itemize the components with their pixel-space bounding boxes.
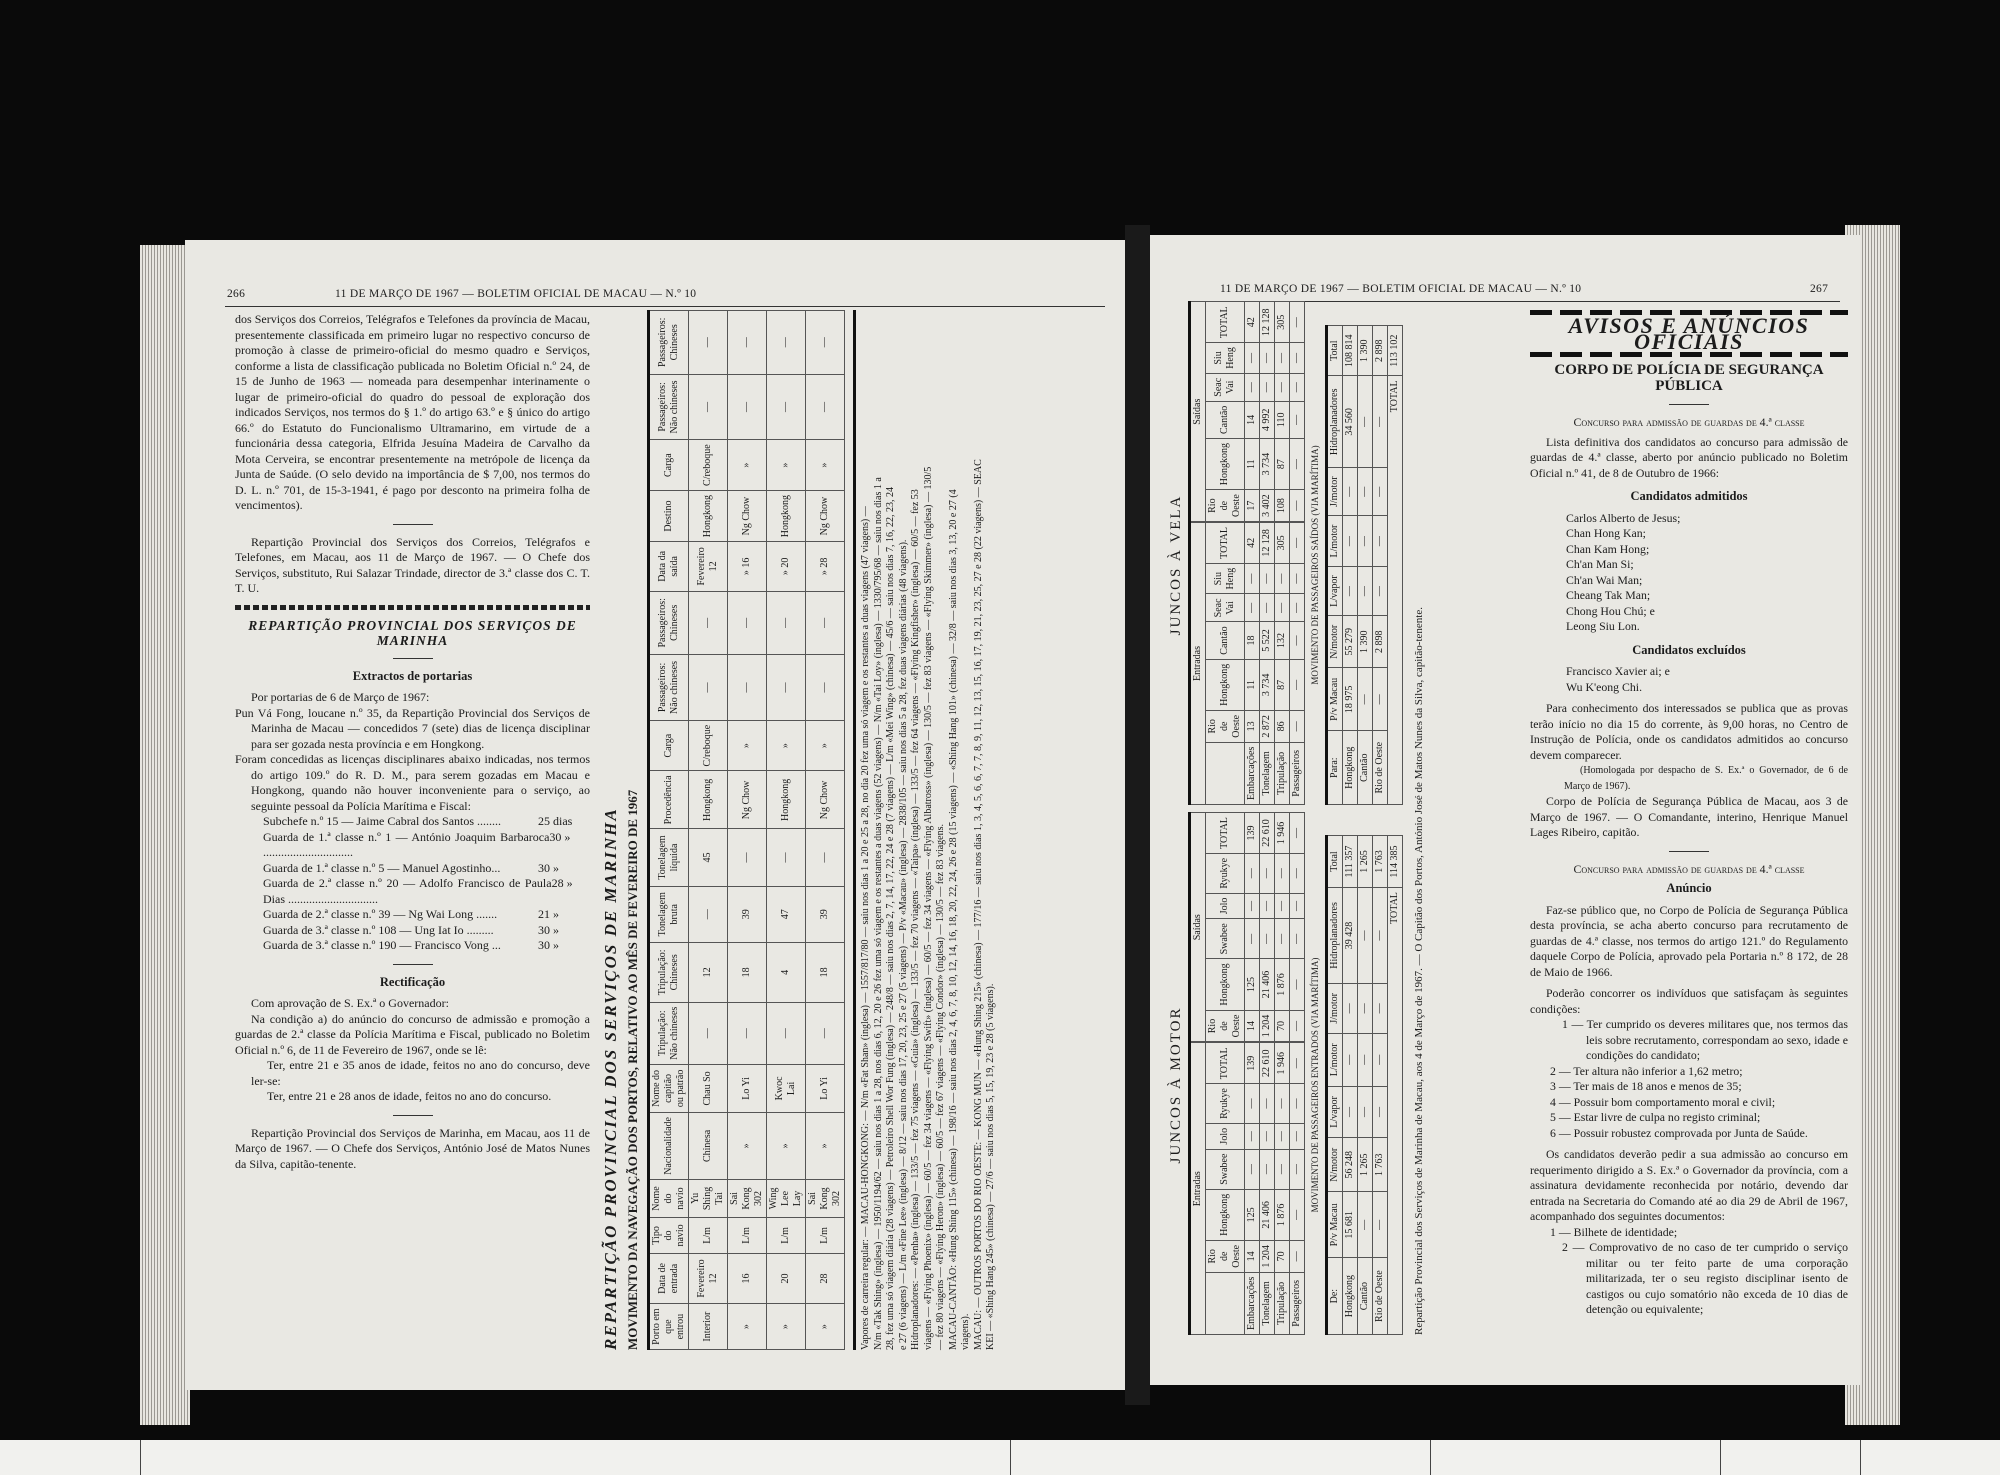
col-header: Seac Vai <box>1206 373 1245 401</box>
cell: — <box>806 1002 845 1064</box>
cell: 2 872 <box>1260 710 1275 742</box>
col-header: Hidroplanadores <box>1327 888 1343 984</box>
col-header: J/motor <box>1327 983 1343 1033</box>
cell: 15 681 <box>1343 1192 1358 1258</box>
row-label: Cantão <box>1358 731 1373 805</box>
cell: — <box>1275 853 1290 893</box>
cell: — <box>1245 594 1260 622</box>
running-head-right: 11 DE MARÇO DE 1967 — BOLETIM OFICIAL DE… <box>1220 283 1581 295</box>
cell: — <box>1343 468 1358 516</box>
cell: 1 763 <box>1373 1138 1388 1192</box>
strip-tick <box>1720 1440 1721 1475</box>
cell: Ng Chow <box>806 490 845 541</box>
condicao-item: 2 — Ter altura não inferior a 1,62 metro… <box>1550 1064 1848 1080</box>
cell: » <box>806 1113 845 1180</box>
row-label: Rio de Oeste <box>1373 731 1388 805</box>
cell: 28 <box>806 1253 845 1304</box>
table-row: 701 876———1 946 <box>1275 813 1290 1042</box>
col-header: TOTAL <box>1206 1043 1245 1084</box>
cell: 1 265 <box>1358 1138 1373 1192</box>
cell: — <box>1358 1192 1373 1258</box>
cell: — <box>728 374 767 440</box>
excluidos-heading: Candidatos excluídos <box>1530 643 1848 659</box>
cell: 20 <box>767 1253 806 1304</box>
cell: — <box>1373 1086 1388 1137</box>
cell: — <box>1290 401 1305 438</box>
cell: — <box>1275 563 1290 594</box>
cell: 56 248 <box>1343 1138 1358 1192</box>
right-text-column: AVISOS E ANÚNCIOS OFICIAIS CORPO DE POLÍ… <box>1530 307 1848 1318</box>
cell: 1 204 <box>1260 1010 1275 1042</box>
provas-paragraph: Para conhecimento dos interessados se pu… <box>1530 701 1848 763</box>
cell: 3 402 <box>1260 490 1275 522</box>
note-line: MACAU: — OUTROS PORTOS DO RIO OESTE: — K… <box>973 310 986 1350</box>
condicao-item: 3 — Ter mais de 18 anos e menos de 35; <box>1550 1079 1848 1095</box>
cell: Interior <box>689 1304 728 1350</box>
cell: — <box>1290 622 1305 659</box>
table-row: InteriorFevereiro 12L/mYu Shing TaiChine… <box>689 311 728 1350</box>
cell: — <box>1275 343 1290 374</box>
cell: — <box>806 655 845 721</box>
total-value: 113 102 <box>1388 326 1403 376</box>
strip-tick <box>1010 1440 1011 1475</box>
col-header: Jolo <box>1206 1123 1245 1149</box>
condicao-item: 4 — Possuir bom comportamento moral e ci… <box>1550 1095 1848 1111</box>
cell: — <box>1290 302 1305 343</box>
table-row: Rio de Oeste—2 898————2 898 <box>1373 326 1388 805</box>
total-row: TOTAL113 102 <box>1388 326 1403 805</box>
col-header: Rio de Oeste <box>1206 1240 1245 1272</box>
cell: — <box>1373 566 1388 615</box>
juncos-vela-block: JUNCOS À VELA Entradas Rio de OesteHongk… <box>1170 325 1403 805</box>
cell: Ng Chow <box>806 771 845 829</box>
col-header: Ryukye <box>1206 853 1245 893</box>
documentos-list: 1 — Bilhete de identidade; 2 — Comprovat… <box>1530 1225 1848 1318</box>
left-text-column: dos Serviços dos Correios, Telégrafos e … <box>235 312 590 1172</box>
condicoes-list: 1 — Ter cumprido os deveres militares qu… <box>1530 1017 1848 1141</box>
portarias-date: Por portarias de 6 de Março de 1967: <box>235 690 590 706</box>
cell: Wing Lee Lay <box>767 1179 806 1217</box>
table-row: Tripulação8687132——305 <box>1275 523 1290 805</box>
candidate-name: Chan Hong Kan; <box>1566 526 1848 542</box>
licenca-days: 30 » <box>538 923 590 939</box>
cell: — <box>767 655 806 721</box>
col-header: Rio de Oeste <box>1206 1010 1245 1042</box>
cell: 42 <box>1245 302 1260 343</box>
separator <box>393 964 433 965</box>
juncos-motor-label: JUNCOS À MOTOR <box>1170 835 1182 1335</box>
col-header: Passageiros: Não chineses <box>649 655 689 721</box>
cell: 17 <box>1245 490 1260 522</box>
concurso-heading: Concurso para admissão de guardas de 4.ª… <box>1530 415 1848 431</box>
anuncio-paragraph: Faz-se público que, no Corpo de Polícia … <box>1530 903 1848 981</box>
table-row: »28L/mSai Kong 302»Lo Yi—1839—Ng Chow»——… <box>806 311 845 1350</box>
table-row: Hongkong15 68156 248———39 428111 357 <box>1343 836 1358 1335</box>
cell: » <box>767 1304 806 1350</box>
to-label: Para: <box>1327 731 1343 805</box>
col-header: Jolo <box>1206 893 1245 919</box>
candidate-name: Carlos Alberto de Jesus; <box>1566 511 1848 527</box>
cell: — <box>1245 373 1260 401</box>
cell: — <box>1290 563 1305 594</box>
cell: 1 946 <box>1275 813 1290 854</box>
cell: — <box>1275 1123 1290 1149</box>
capitania-signature: Repartição Provincial dos Serviços de Ma… <box>1413 315 1425 1335</box>
cell: » <box>728 1304 767 1350</box>
cell: — <box>1358 983 1373 1033</box>
cell: Chau So <box>689 1064 728 1112</box>
total-label: TOTAL <box>1388 376 1403 805</box>
cell: — <box>1245 1149 1260 1189</box>
vela-passengers-table: Para:P/v MacauN/motorL/vaporL/motorJ/mot… <box>1325 325 1403 805</box>
col-header: Porto em que entrou <box>649 1304 689 1350</box>
cell: » <box>767 720 806 771</box>
cell: — <box>1275 1149 1290 1189</box>
cell: — <box>1373 468 1388 516</box>
cell: » <box>806 440 845 491</box>
requerimento-paragraph: Os candidatos deverão pedir a sua admiss… <box>1530 1147 1848 1225</box>
cell: — <box>806 591 845 655</box>
licencas-list: Subchefe n.º 15 — Jaime Cabral dos Santo… <box>235 814 590 954</box>
ctt-signature: Repartição Provincial dos Serviços dos C… <box>235 535 590 597</box>
cell: Sai Kong 302 <box>728 1179 767 1217</box>
condicoes-intro: Poderão concorrer os indivíduos que sati… <box>1530 986 1848 1017</box>
open-bulletin-book: 266 11 DE MARÇO DE 1967 — BOLETIM OFICIA… <box>140 215 1900 1400</box>
col-header: Data da saída <box>649 542 689 591</box>
cell: — <box>1260 919 1275 959</box>
cell: Yu Shing Tai <box>689 1179 728 1217</box>
table-row: 14125———139 <box>1245 813 1260 1042</box>
cell: — <box>1290 490 1305 522</box>
cell: — <box>728 1002 767 1064</box>
licenca-row: Guarda de 3.ª classe n.º 108 — Ung Iat I… <box>235 923 590 939</box>
candidate-name: Cheang Tak Man; <box>1566 588 1848 604</box>
cell: — <box>767 829 806 886</box>
cell: 1 265 <box>1358 836 1373 888</box>
col-header: Rio de Oeste <box>1206 710 1245 742</box>
licenca-days: 30 » <box>549 830 590 861</box>
cell: 21 406 <box>1260 1189 1275 1240</box>
nav-notes: Vapores de carreira regular: — MACAU-HON… <box>853 310 998 1350</box>
col-header: L/motor <box>1327 516 1343 567</box>
col-header: Hidroplanadores <box>1327 376 1343 468</box>
note-line: MACAU-CANTÃO: «Hung Shing 115» (chinesa)… <box>948 310 961 1350</box>
licenca-days: 21 » <box>538 907 590 923</box>
table-row: 171114——42 <box>1245 302 1260 522</box>
cell: — <box>1290 343 1305 374</box>
table-row: 3 4023 7344 992——12 128 <box>1260 302 1275 522</box>
col-header: Tripulação: Chineses <box>649 942 689 1002</box>
separator <box>1669 851 1709 852</box>
cell: Chinesa <box>689 1113 728 1180</box>
cell: — <box>1260 343 1275 374</box>
foram-concedidas: Foram concedidas as licenças disciplinar… <box>235 752 590 814</box>
cell: — <box>1275 1084 1290 1124</box>
note-line: viagens). <box>960 310 973 1350</box>
col-header: Total <box>1327 326 1343 376</box>
cell: Sai Kong 302 <box>806 1179 845 1217</box>
cell: » <box>728 440 767 491</box>
cell: » <box>806 720 845 771</box>
separator <box>393 658 433 659</box>
cell: Hongkong <box>689 490 728 541</box>
documento-item: 2 — Comprovativo de no caso de ter cumpr… <box>1550 1240 1848 1318</box>
rect-aprovacao: Com aprovação de S. Ex.ª o Governador: <box>235 996 590 1012</box>
cell: — <box>1275 594 1290 622</box>
admitidos-heading: Candidatos admitidos <box>1530 489 1848 505</box>
cell: Kwoc Lai <box>767 1064 806 1112</box>
cell: 11 <box>1245 439 1260 490</box>
cell: » 28 <box>806 542 845 591</box>
cell: 305 <box>1275 523 1290 564</box>
homologada-note: (Homologada por despacho de S. Ex.ª o Go… <box>1530 763 1848 794</box>
licenca-who: Guarda de 3.ª classe n.º 108 — Ung Iat I… <box>263 923 494 939</box>
row-label: Cantão <box>1358 1258 1373 1335</box>
licenca-row: Guarda de 1.ª classe n.º 5 — Manuel Agos… <box>235 861 590 877</box>
from-label: De: <box>1327 1258 1343 1335</box>
cell: Hongkong <box>689 771 728 829</box>
col-header: TOTAL <box>1206 523 1245 564</box>
cell: — <box>1290 1010 1305 1042</box>
table-row: Embarcações131118——42 <box>1245 523 1260 805</box>
cell: 111 357 <box>1343 836 1358 888</box>
blank-header <box>1206 1272 1245 1334</box>
saidas-label: Saídas <box>1190 302 1206 522</box>
cell: — <box>767 374 806 440</box>
rect-onde-le: Ter, entre 21 e 35 anos de idade, feitos… <box>235 1058 590 1089</box>
cell: — <box>1245 1084 1260 1124</box>
col-header: Hongkong <box>1206 439 1245 490</box>
cell: 18 975 <box>1343 668 1358 731</box>
juncos-vela-label: JUNCOS À VELA <box>1170 325 1182 805</box>
licenca-who: Guarda de 1.ª classe n.º 1 — António Joa… <box>263 830 549 861</box>
cell: 18 <box>806 942 845 1002</box>
running-head-left: 11 DE MARÇO DE 1967 — BOLETIM OFICIAL DE… <box>335 288 696 300</box>
cell: 22 610 <box>1260 813 1275 854</box>
cell: 39 <box>806 886 845 942</box>
cell: Hongkong <box>767 490 806 541</box>
cell: — <box>728 591 767 655</box>
cell: — <box>1290 893 1305 919</box>
total-row: TOTAL114 385 <box>1388 836 1403 1335</box>
anuncio-heading: Anúncio <box>1530 881 1848 897</box>
cell: Ng Chow <box>728 771 767 829</box>
nav-table-subtitle: MOVIMENTO DA NAVEGAÇÃO DOS PORTOS, RELAT… <box>627 310 639 1350</box>
cell: — <box>1290 523 1305 564</box>
cell: — <box>1343 566 1358 615</box>
cell: Fevereiro 12 <box>689 1253 728 1304</box>
cell: 86 <box>1275 710 1290 742</box>
row-label: Tonelagem <box>1260 1272 1275 1334</box>
cell: — <box>1290 1149 1305 1189</box>
cell: — <box>1343 516 1358 567</box>
row-label: Passageiros <box>1290 1272 1305 1334</box>
cell: — <box>689 591 728 655</box>
vela-passengers-title: MOVIMENTO DE PASSAGEIROS SAÍDOS (VIA MAR… <box>1309 325 1321 805</box>
left-page-edges <box>140 245 190 1425</box>
table-row: Embarcações14125———139 <box>1245 1043 1260 1335</box>
table-row: 10887110——305 <box>1275 302 1290 522</box>
cell: 1 876 <box>1275 959 1290 1010</box>
row-label: Tripulação <box>1275 742 1290 804</box>
table-row: Tripulação701 876———1 946 <box>1275 1043 1290 1335</box>
cell: — <box>1290 659 1305 710</box>
cell: — <box>1275 373 1290 401</box>
page-266: 266 11 DE MARÇO DE 1967 — BOLETIM OFICIA… <box>185 240 1135 1390</box>
note-line: e 27 (6 viagens) — L/m «Fine Lee» (ingle… <box>898 310 911 1350</box>
licenca-days: 28 » <box>552 876 590 907</box>
col-header: L/motor <box>1327 1033 1343 1086</box>
corpo-signature: Corpo de Polícia de Segurança Pública de… <box>1530 794 1848 841</box>
cell: Ng Chow <box>728 490 767 541</box>
cell: 4 992 <box>1260 401 1275 438</box>
cell: — <box>1290 373 1305 401</box>
cell: — <box>1358 668 1373 731</box>
cell: — <box>1245 1123 1260 1149</box>
cell: — <box>1358 468 1373 516</box>
cell: Lo Yi <box>728 1064 767 1112</box>
cell: — <box>1373 516 1388 567</box>
col-header: P/v Macau <box>1327 1192 1343 1258</box>
row-label: Rio de Oeste <box>1373 1258 1388 1335</box>
cell: 70 <box>1275 1240 1290 1272</box>
cell: 305 <box>1275 302 1290 343</box>
table-row: Passageiros—————— <box>1290 523 1305 805</box>
cell: 108 814 <box>1343 326 1358 376</box>
vela-saidas-table: Saídas Rio de OesteHongkongCantãoSeac Va… <box>1188 301 1305 522</box>
book-gutter <box>1125 225 1150 1405</box>
note-line: Hidroplanadores: — «Penha» (inglesa) — 1… <box>910 310 923 1350</box>
cell: 45 <box>689 829 728 886</box>
col-header: N/motor <box>1327 616 1343 668</box>
licenca-days: 25 dias <box>538 814 590 830</box>
cell: — <box>1260 373 1275 401</box>
juncos-motor-block: JUNCOS À MOTOR Entradas Rio de OesteHong… <box>1170 835 1403 1335</box>
licenca-row: Guarda de 3.ª classe n.º 190 — Francisco… <box>235 938 590 954</box>
separator <box>1669 404 1709 405</box>
col-header: Procedência <box>649 771 689 829</box>
strip-tick <box>1430 1440 1431 1475</box>
cell: — <box>1343 1086 1358 1137</box>
col-header: Carga <box>649 440 689 491</box>
cell: 18 <box>1245 622 1260 659</box>
blank-header <box>1206 742 1245 804</box>
cell: — <box>1245 893 1260 919</box>
cell: 70 <box>1275 1010 1290 1042</box>
licenca-who: Guarda de 2.ª classe n.º 39 — Ng Wai Lon… <box>263 907 497 923</box>
col-header: Nome do capitão ou patrão <box>649 1064 689 1112</box>
cell: 1 946 <box>1275 1043 1290 1084</box>
row-label: Passageiros <box>1290 742 1305 804</box>
col-header: Passageiros: Chineses <box>649 311 689 375</box>
strip-tick <box>1860 1440 1861 1475</box>
table-row: Passageiros—————— <box>1290 1043 1305 1335</box>
cell: — <box>767 311 806 375</box>
cell: — <box>728 311 767 375</box>
cell: Hongkong <box>767 771 806 829</box>
cell: 2 898 <box>1373 616 1388 668</box>
cell: 139 <box>1245 813 1260 854</box>
nav-table-title: REPARTIÇÃO PROVINCIAL DOS SERVIÇOS DE MA… <box>605 310 617 1350</box>
condicao-item: 5 — Estar livre de culpa no registo crim… <box>1550 1110 1848 1126</box>
cell: 11 <box>1245 659 1260 710</box>
cell: L/m <box>728 1218 767 1254</box>
cell: — <box>1343 1033 1358 1086</box>
cell: 5 522 <box>1260 622 1275 659</box>
col-header: Passageiros: Chineses <box>649 591 689 655</box>
candidate-name: Chong Hou Chú; e <box>1566 604 1848 620</box>
cell: — <box>1290 959 1305 1010</box>
motor-passengers-table: De:P/v MacauN/motorL/vaporL/motorJ/motor… <box>1325 835 1403 1335</box>
cell: 47 <box>767 886 806 942</box>
cell: 39 428 <box>1343 888 1358 984</box>
cell: 1 204 <box>1260 1240 1275 1272</box>
cell: — <box>728 655 767 721</box>
col-header: Siu Heng <box>1206 563 1245 594</box>
cell: » <box>767 1113 806 1180</box>
cell: — <box>689 374 728 440</box>
page-267: 11 DE MARÇO DE 1967 — BOLETIM OFICIAL DE… <box>1150 235 1860 1385</box>
cell: 125 <box>1245 1189 1260 1240</box>
col-header: Hongkong <box>1206 1189 1245 1240</box>
cell: C/reboque <box>689 720 728 771</box>
pun-va-fong-entry: Pun Vá Fong, loucane n.º 35, da Repartiç… <box>235 706 590 753</box>
nav-movement-table: Porto em que entrou Data de entrada Tipo… <box>647 310 845 1350</box>
cell: — <box>1290 1084 1305 1124</box>
cell: » <box>767 440 806 491</box>
cell: 1 876 <box>1275 1189 1290 1240</box>
table-row: Cantão—1 265————1 265 <box>1358 836 1373 1335</box>
cell: — <box>1260 1084 1275 1124</box>
col-header: Nacionalidade <box>649 1113 689 1180</box>
cell: 18 <box>728 942 767 1002</box>
concurso-heading: Concurso para admissão de guardas de 4.ª… <box>1530 862 1848 878</box>
rect-deve-ler: Ter, entre 21 e 28 anos de idade, feitos… <box>235 1089 590 1105</box>
row-label: Tonelagem <box>1260 742 1275 804</box>
col-header: Tripulação: Não chineses <box>649 1002 689 1064</box>
col-header: TOTAL <box>1206 302 1245 343</box>
col-header: Tonelagem bruta <box>649 886 689 942</box>
cell: 110 <box>1275 401 1290 438</box>
cell: » <box>806 1304 845 1350</box>
cell: — <box>1260 853 1275 893</box>
col-header: Siu Heng <box>1206 343 1245 374</box>
candidate-name: Francisco Xavier ai; e <box>1566 664 1848 680</box>
col-header: L/vapor <box>1327 1086 1343 1137</box>
cell: — <box>1260 563 1275 594</box>
rectificacao-heading: Rectificação <box>235 975 590 991</box>
table-row: Rio de Oeste—1 763————1 763 <box>1373 836 1388 1335</box>
cell: — <box>1358 888 1373 984</box>
cell: 3 734 <box>1260 439 1275 490</box>
cell: 1 763 <box>1373 836 1388 888</box>
candidate-name: Chan Kam Hong; <box>1566 542 1848 558</box>
cell: 34 560 <box>1343 376 1358 468</box>
cell: » 20 <box>767 542 806 591</box>
table-row: 1 20421 406———22 610 <box>1260 813 1275 1042</box>
cell: — <box>767 1002 806 1064</box>
cell: 39 <box>728 886 767 942</box>
cell: C/reboque <box>689 440 728 491</box>
cell: 12 128 <box>1260 523 1275 564</box>
extractos-heading: Extractos de portarias <box>235 669 590 685</box>
cell: » <box>728 720 767 771</box>
licenca-days: 30 » <box>538 861 590 877</box>
marinha-signature: Repartição Provincial dos Serviços de Ma… <box>235 1126 590 1173</box>
excluidos-list: Francisco Xavier ai; e Wu K'eong Chi. <box>1530 664 1848 695</box>
total-value: 114 385 <box>1388 836 1403 888</box>
col-header: Seac Vai <box>1206 594 1245 622</box>
